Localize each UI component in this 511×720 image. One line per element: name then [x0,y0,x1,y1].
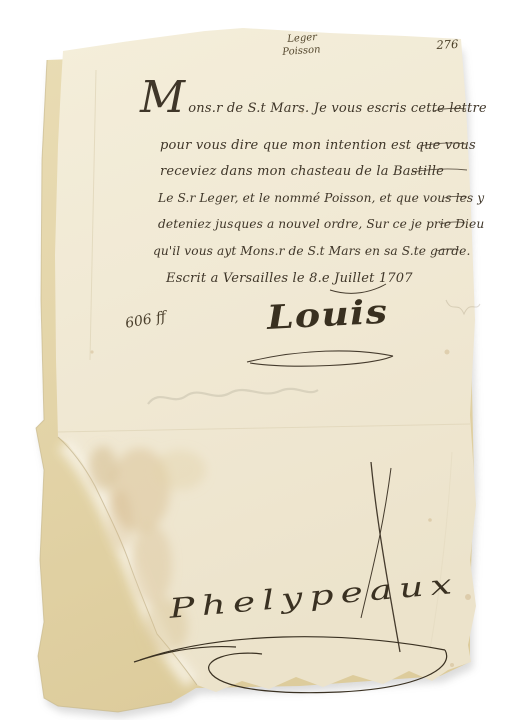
paper-artwork [0,0,511,720]
manuscript-letter: Leger Poisson 276 Mons.r de S.t Mars. Je… [0,0,511,720]
